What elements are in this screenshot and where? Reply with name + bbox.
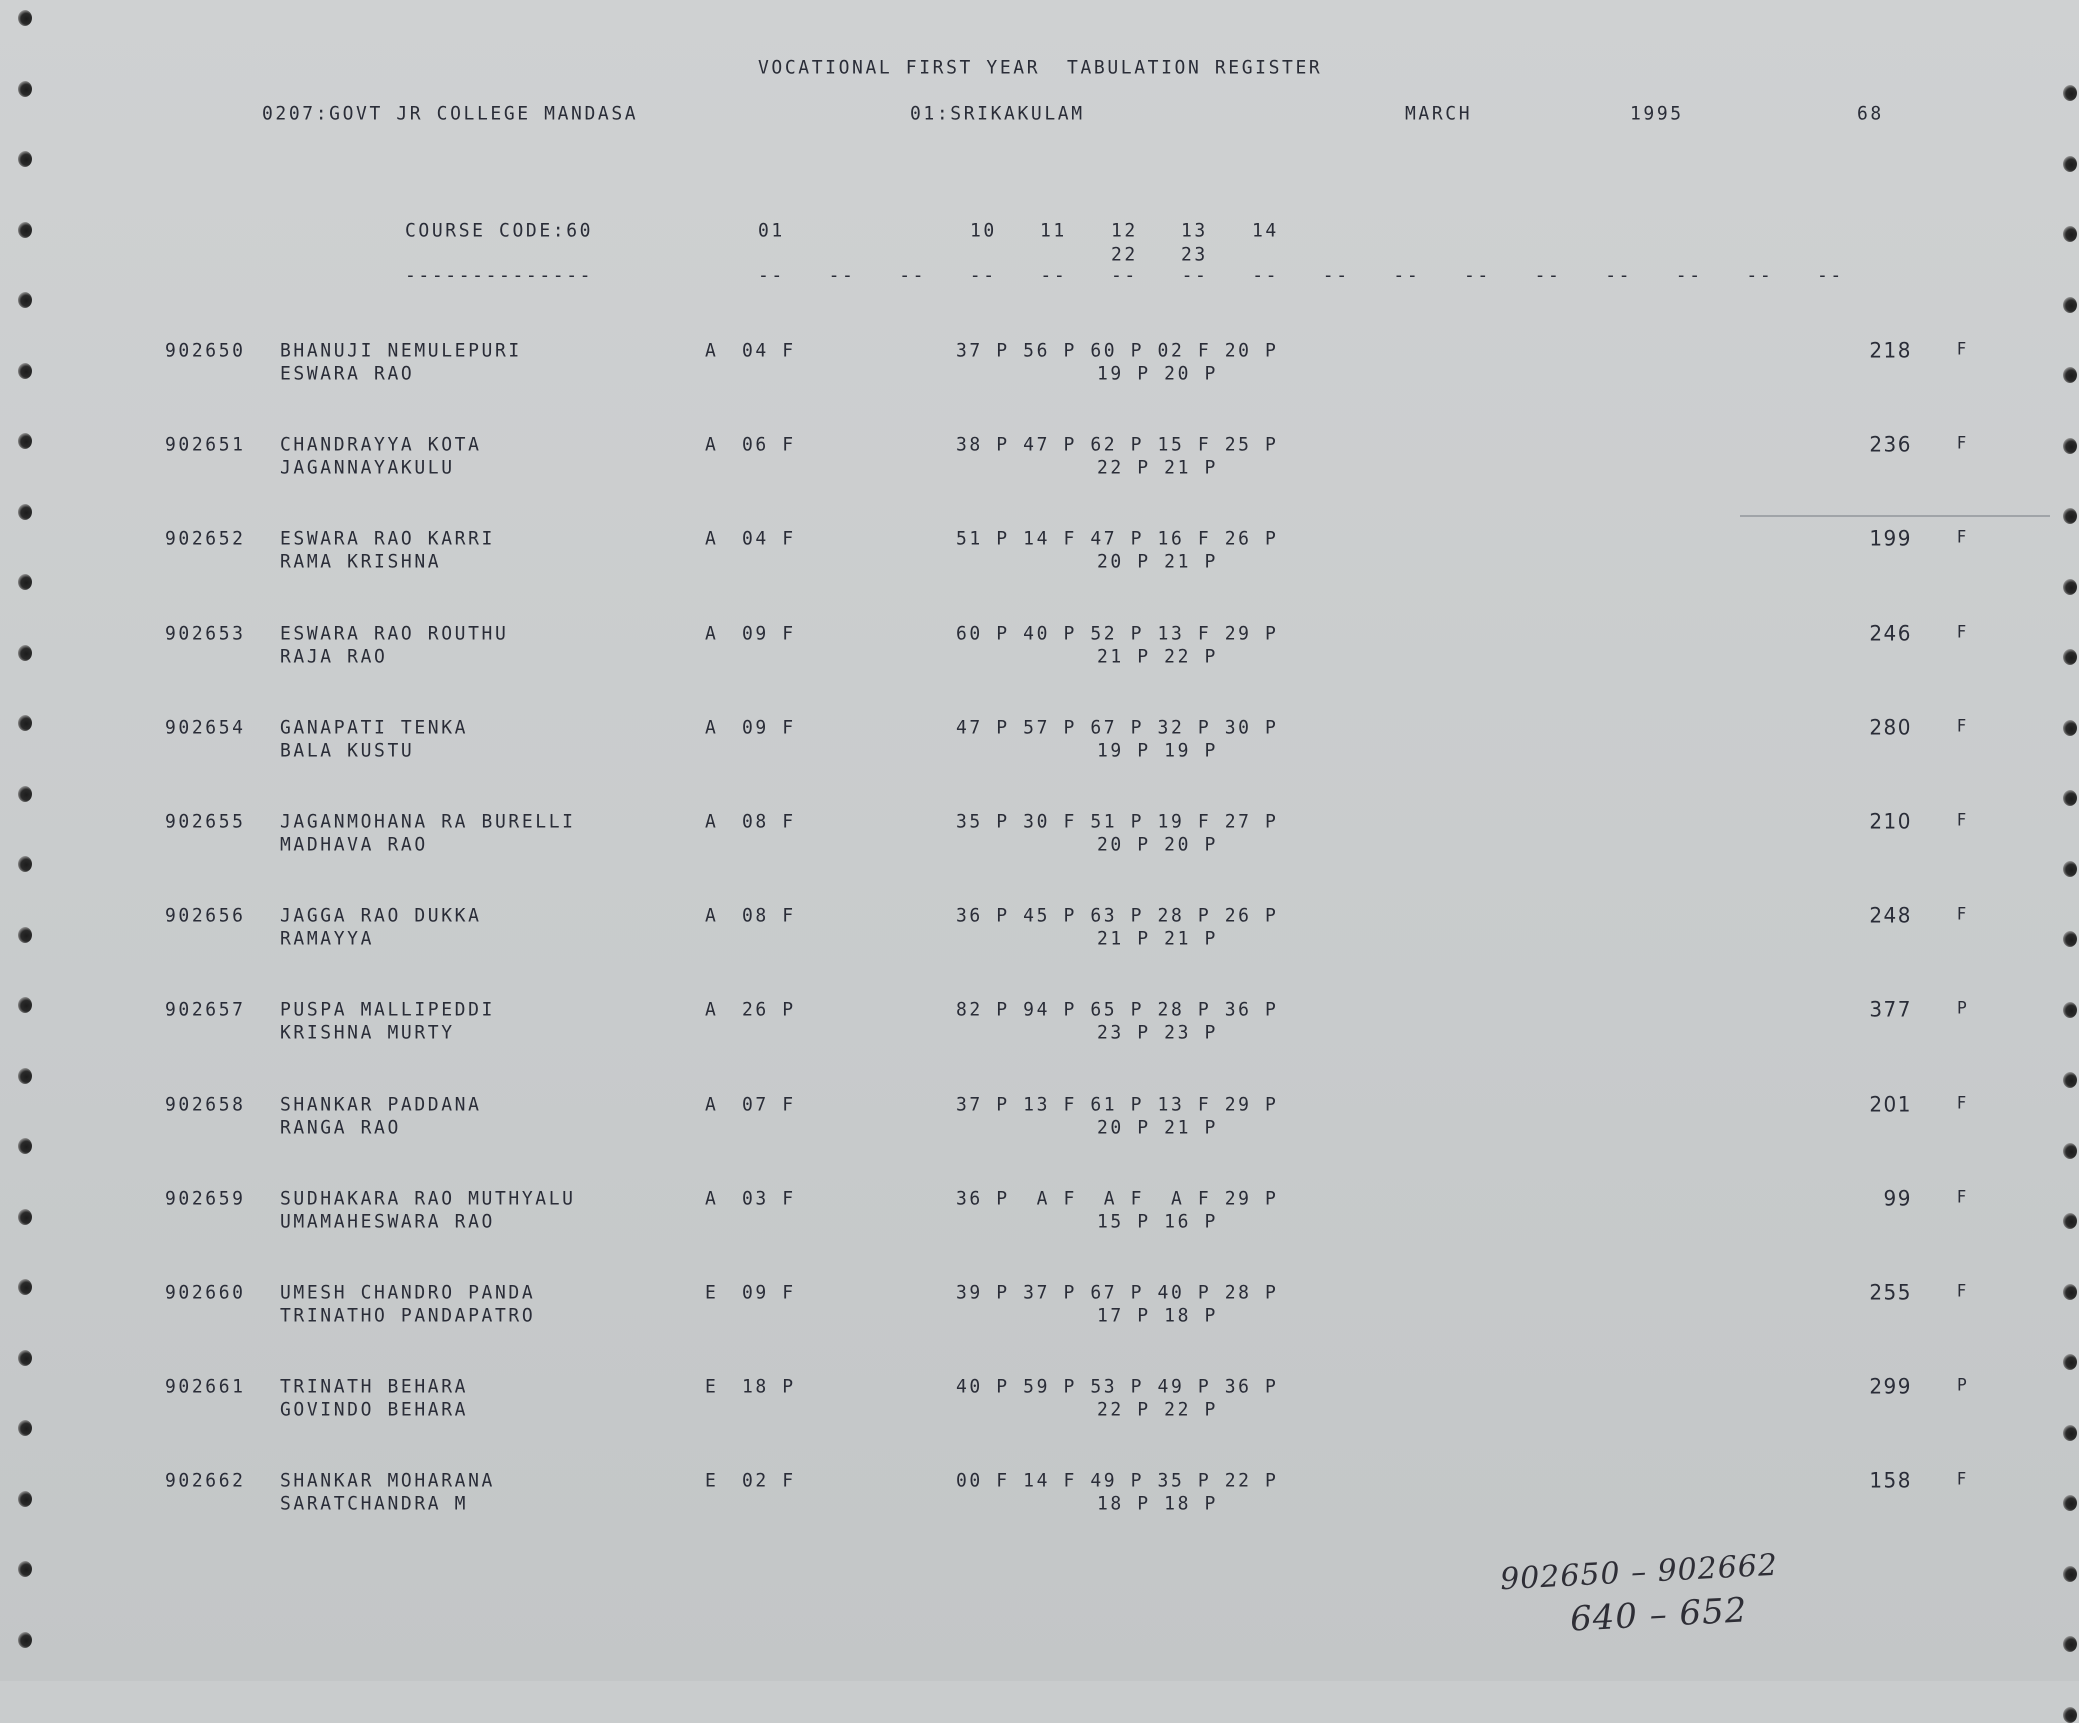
feed-hole-icon	[18, 292, 32, 308]
roll-number: 902655	[165, 810, 246, 832]
student-name: UMESH CHANDRO PANDA	[280, 1281, 535, 1303]
feed-hole-icon	[2063, 931, 2077, 947]
feed-hole-icon	[2063, 1425, 2077, 1441]
course-code-label: COURSE CODE:60	[405, 219, 593, 241]
subject-01-mark: 09 F	[742, 622, 796, 644]
feed-hole-icon	[18, 1491, 32, 1507]
result-status: F	[1957, 339, 1968, 359]
feed-hole-icon	[2063, 1354, 2077, 1370]
result-status: F	[1957, 1186, 1968, 1206]
feed-hole-icon	[18, 151, 32, 167]
handwritten-roll-range: 902650 – 902662	[1499, 1548, 1779, 1598]
column-dash-15: --	[1746, 264, 1773, 286]
subject-code-11: 11	[1040, 219, 1067, 241]
subject-01-mark: 08 F	[742, 905, 796, 927]
student-name: GANAPATI TENKA	[280, 716, 468, 738]
column-dash-3: --	[899, 264, 926, 286]
parent-name: RAJA RAO	[280, 645, 388, 667]
parent-name: RAMA KRISHNA	[280, 551, 441, 573]
roll-number: 902662	[165, 1470, 246, 1492]
feed-hole-icon	[2063, 1002, 2077, 1018]
feed-hole-icon	[2063, 1213, 2077, 1229]
result-status: P	[1957, 998, 1968, 1018]
student-name: JAGGA RAO DUKKA	[280, 905, 482, 927]
roll-number: 902658	[165, 1093, 246, 1115]
student-name: TRINATH BEHARA	[280, 1376, 468, 1398]
college-name: 0207:GOVT JR COLLEGE MANDASA	[262, 102, 638, 124]
roll-number: 902656	[165, 905, 246, 927]
total-marks: 218	[1860, 337, 1912, 362]
subject-marks-line1: 47 P 57 P 67 P 32 P 30 P	[956, 716, 1279, 738]
total-marks: 248	[1860, 903, 1912, 928]
subject-01-mark: 18 P	[742, 1376, 796, 1398]
medium-code: A	[705, 339, 718, 361]
roll-number: 902651	[165, 434, 246, 456]
subject-code-01: 01	[758, 219, 785, 241]
student-name: SUDHAKARA RAO MUTHYALU	[280, 1187, 576, 1209]
feed-hole-icon	[18, 363, 32, 379]
subject-marks-line1: 40 P 59 P 53 P 49 P 36 P	[956, 1376, 1279, 1398]
subject-marks-line2: 20 P 20 P	[1097, 833, 1218, 855]
student-name: SHANKAR PADDANA	[280, 1093, 482, 1115]
feed-hole-icon	[18, 645, 32, 661]
column-dash-4: --	[970, 264, 997, 286]
feed-hole-icon	[18, 1068, 32, 1084]
total-marks: 236	[1860, 432, 1912, 457]
parent-name: RAMAYYA	[280, 928, 374, 950]
subject-01-mark: 04 F	[742, 339, 796, 361]
student-name: BHANUJI NEMULEPURI	[280, 339, 522, 361]
feed-hole-icon	[2063, 649, 2077, 665]
parent-name: UMAMAHESWARA RAO	[280, 1210, 495, 1232]
column-dash-1: --	[758, 264, 785, 286]
subject-marks-line1: 36 P 45 P 63 P 28 P 26 P	[956, 905, 1279, 927]
column-dash-7: --	[1182, 264, 1209, 286]
subject-marks-line2: 21 P 21 P	[1097, 928, 1218, 950]
roll-number: 902653	[165, 622, 246, 644]
total-marks: 210	[1860, 808, 1912, 833]
feed-hole-icon	[2063, 720, 2077, 736]
feed-hole-icon	[2063, 85, 2077, 101]
subject-01-mark: 03 F	[742, 1187, 796, 1209]
tabulation-register-page: VOCATIONAL FIRST YEAR TABULATION REGISTE…	[0, 0, 2079, 1681]
result-status: F	[1957, 715, 1968, 735]
roll-number: 902657	[165, 999, 246, 1021]
subject-01-mark: 02 F	[742, 1470, 796, 1492]
total-marks: 246	[1860, 620, 1912, 645]
handwritten-serial-range: 640 – 652	[1569, 1590, 1748, 1639]
subject-marks-line2: 19 P 19 P	[1097, 739, 1218, 761]
subject-01-mark: 07 F	[742, 1093, 796, 1115]
district-name: 01:SRIKAKULAM	[910, 102, 1085, 124]
feed-hole-icon	[18, 1420, 32, 1436]
feed-hole-icon	[18, 1632, 32, 1648]
subject-marks-line1: 37 P 56 P 60 P 02 F 20 P	[956, 339, 1279, 361]
parent-name: ESWARA RAO	[280, 362, 414, 384]
subject-marks-line2: 18 P 18 P	[1097, 1493, 1218, 1515]
student-name: PUSPA MALLIPEDDI	[280, 999, 495, 1021]
feed-hole-icon	[18, 1350, 32, 1366]
subject-marks-line1: 37 P 13 F 61 P 13 F 29 P	[956, 1093, 1279, 1115]
student-name: CHANDRAYYA KOTA	[280, 434, 482, 456]
medium-code: A	[705, 528, 718, 550]
medium-code: A	[705, 905, 718, 927]
roll-number: 902660	[165, 1281, 246, 1303]
feed-hole-icon	[18, 574, 32, 590]
total-marks: 377	[1860, 997, 1912, 1022]
parent-name: MADHAVA RAO	[280, 833, 428, 855]
feed-hole-icon	[2063, 1636, 2077, 1652]
feed-hole-icon	[2063, 226, 2077, 242]
subject-code-22: 22	[1111, 243, 1138, 265]
medium-code: A	[705, 622, 718, 644]
student-name: JAGANMOHANA RA BURELLI	[280, 810, 576, 832]
subject-marks-line1: 35 P 30 F 51 P 19 F 27 P	[956, 810, 1279, 832]
total-marks: 299	[1860, 1374, 1912, 1399]
paper-crease-line	[1740, 515, 2050, 517]
subject-marks-line2: 22 P 21 P	[1097, 457, 1218, 479]
medium-code: E	[705, 1376, 718, 1398]
medium-code: A	[705, 810, 718, 832]
feed-hole-icon	[18, 1209, 32, 1225]
total-marks: 199	[1860, 526, 1912, 551]
feed-hole-icon	[18, 856, 32, 872]
parent-name: KRISHNA MURTY	[280, 1022, 455, 1044]
result-status: F	[1957, 810, 1968, 830]
parent-name: JAGANNAYAKULU	[280, 457, 455, 479]
column-dash-11: --	[1464, 264, 1491, 286]
subject-marks-line1: 51 P 14 F 47 P 16 F 26 P	[956, 528, 1279, 550]
page-number: 68	[1857, 102, 1884, 124]
roll-number: 902652	[165, 528, 246, 550]
total-marks: 158	[1860, 1468, 1912, 1493]
medium-code: A	[705, 716, 718, 738]
feed-hole-icon	[18, 1138, 32, 1154]
feed-hole-icon	[18, 222, 32, 238]
medium-code: A	[705, 999, 718, 1021]
subject-code-13: 13	[1181, 219, 1208, 241]
medium-code: A	[705, 1187, 718, 1209]
parent-name: TRINATHO PANDAPATRO	[280, 1304, 535, 1326]
subject-marks-line1: 00 F 14 F 49 P 35 P 22 P	[956, 1470, 1279, 1492]
total-marks: 99	[1860, 1185, 1912, 1210]
subject-marks-line2: 17 P 18 P	[1097, 1304, 1218, 1326]
subject-code-23: 23	[1181, 243, 1208, 265]
parent-name: BALA KUSTU	[280, 739, 414, 761]
result-status: F	[1957, 1469, 1968, 1489]
subject-marks-line1: 38 P 47 P 62 P 15 F 25 P	[956, 434, 1279, 456]
column-dash-6: --	[1111, 264, 1138, 286]
roll-number: 902659	[165, 1187, 246, 1209]
tractor-feed-holes-left	[10, 0, 50, 1681]
feed-hole-icon	[2063, 1072, 2077, 1088]
tractor-feed-holes-right	[2039, 0, 2079, 1681]
feed-hole-icon	[2063, 1284, 2077, 1300]
feed-hole-icon	[18, 997, 32, 1013]
total-marks: 280	[1860, 714, 1912, 739]
parent-name: RANGA RAO	[280, 1116, 401, 1138]
subject-marks-line1: 82 P 94 P 65 P 28 P 36 P	[956, 999, 1279, 1021]
exam-month: MARCH	[1405, 102, 1472, 124]
roll-number: 902654	[165, 716, 246, 738]
result-status: F	[1957, 904, 1968, 924]
feed-hole-icon	[2063, 1143, 2077, 1159]
feed-hole-icon	[18, 1561, 32, 1577]
feed-hole-icon	[18, 10, 32, 26]
feed-hole-icon	[18, 715, 32, 731]
subject-marks-line2: 19 P 20 P	[1097, 362, 1218, 384]
feed-hole-icon	[2063, 1495, 2077, 1511]
register-title: VOCATIONAL FIRST YEAR TABULATION REGISTE…	[758, 56, 1322, 78]
feed-hole-icon	[2063, 1566, 2077, 1582]
subject-code-14: 14	[1252, 219, 1279, 241]
feed-hole-icon	[2063, 367, 2077, 383]
result-status: F	[1957, 433, 1968, 453]
subject-code-10: 10	[970, 219, 997, 241]
subject-code-12: 12	[1111, 219, 1138, 241]
column-dash-10: --	[1393, 264, 1420, 286]
subject-marks-line2: 23 P 23 P	[1097, 1022, 1218, 1044]
subject-01-mark: 04 F	[742, 528, 796, 550]
column-dash-8: --	[1252, 264, 1279, 286]
subject-marks-line1: 39 P 37 P 67 P 40 P 28 P	[956, 1281, 1279, 1303]
subject-marks-line1: 36 P A F A F A F 29 P	[956, 1187, 1279, 1209]
subject-marks-line2: 20 P 21 P	[1097, 1116, 1218, 1138]
subject-marks-line1: 60 P 40 P 52 P 13 F 29 P	[956, 622, 1279, 644]
student-name: SHANKAR MOHARANA	[280, 1470, 495, 1492]
total-marks: 201	[1860, 1091, 1912, 1116]
medium-code: A	[705, 434, 718, 456]
student-name: ESWARA RAO ROUTHU	[280, 622, 508, 644]
parent-name: GOVINDO BEHARA	[280, 1399, 468, 1421]
subject-marks-line2: 15 P 16 P	[1097, 1210, 1218, 1232]
course-code-underline: --------------	[405, 264, 593, 286]
feed-hole-icon	[2063, 156, 2077, 172]
subject-01-mark: 26 P	[742, 999, 796, 1021]
feed-hole-icon	[18, 786, 32, 802]
subject-01-mark: 06 F	[742, 434, 796, 456]
feed-hole-icon	[18, 81, 32, 97]
column-dash-12: --	[1535, 264, 1562, 286]
feed-hole-icon	[2063, 579, 2077, 595]
column-dash-14: --	[1676, 264, 1703, 286]
feed-hole-icon	[2063, 508, 2077, 524]
subject-01-mark: 09 F	[742, 1281, 796, 1303]
result-status: F	[1957, 621, 1968, 641]
column-dash-2: --	[829, 264, 856, 286]
medium-code: A	[705, 1093, 718, 1115]
feed-hole-icon	[2063, 297, 2077, 313]
column-dash-5: --	[1040, 264, 1067, 286]
feed-hole-icon	[18, 504, 32, 520]
subject-01-mark: 08 F	[742, 810, 796, 832]
roll-number: 902661	[165, 1376, 246, 1398]
parent-name: SARATCHANDRA M	[280, 1493, 468, 1515]
feed-hole-icon	[18, 1279, 32, 1295]
feed-hole-icon	[2063, 861, 2077, 877]
subject-marks-line2: 22 P 22 P	[1097, 1399, 1218, 1421]
roll-number: 902650	[165, 339, 246, 361]
subject-marks-line2: 20 P 21 P	[1097, 551, 1218, 573]
feed-hole-icon	[18, 927, 32, 943]
result-status: P	[1957, 1375, 1968, 1395]
column-dash-13: --	[1605, 264, 1632, 286]
feed-hole-icon	[18, 433, 32, 449]
medium-code: E	[705, 1470, 718, 1492]
feed-hole-icon	[2063, 438, 2077, 454]
result-status: F	[1957, 1281, 1968, 1301]
total-marks: 255	[1860, 1279, 1912, 1304]
medium-code: E	[705, 1281, 718, 1303]
student-name: ESWARA RAO KARRI	[280, 528, 495, 550]
subject-marks-line2: 21 P 22 P	[1097, 645, 1218, 667]
exam-year: 1995	[1630, 102, 1684, 124]
result-status: F	[1957, 1092, 1968, 1112]
feed-hole-icon	[2063, 790, 2077, 806]
subject-01-mark: 09 F	[742, 716, 796, 738]
column-dash-9: --	[1323, 264, 1350, 286]
column-dash-16: --	[1817, 264, 1844, 286]
result-status: F	[1957, 527, 1968, 547]
